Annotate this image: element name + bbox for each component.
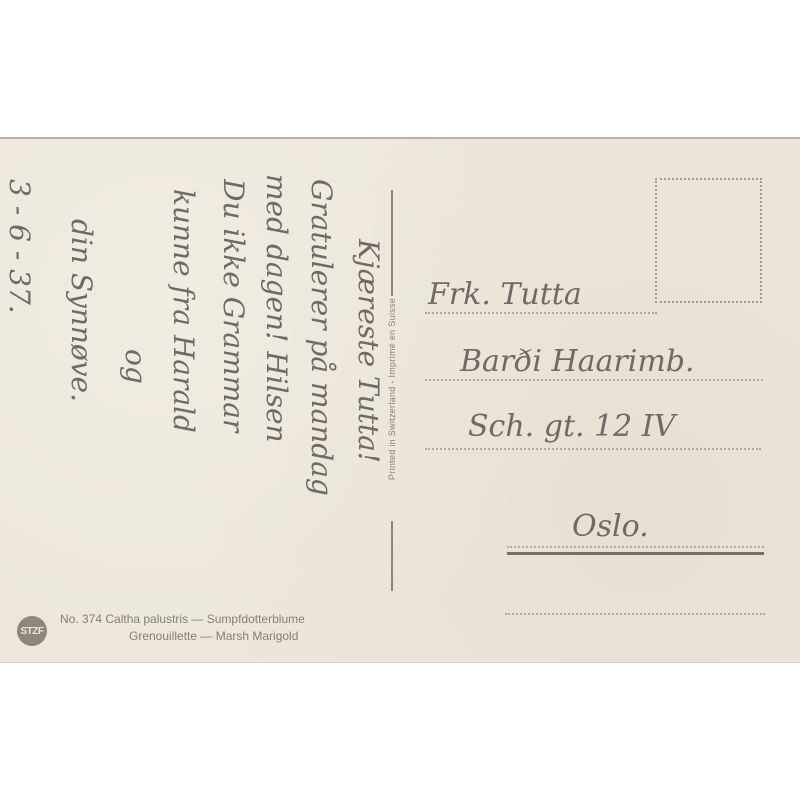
caption-line-2: Grenouillette — Marsh Marigold <box>129 629 298 643</box>
address-dotted-line-2 <box>425 379 763 381</box>
date-line: 3 - 6 - 37. <box>3 179 36 314</box>
message-line-6: og <box>119 349 152 384</box>
address-line-1: Frk. Tutta <box>428 277 582 312</box>
city-underline <box>507 552 764 555</box>
address-line-4: Oslo. <box>572 509 649 544</box>
message-line-2: Gratulerer på mandag <box>305 179 338 496</box>
divider-bottom <box>391 521 393 591</box>
message-line-1: Kjæreste Tutta! <box>352 239 385 463</box>
address-dotted-line-5 <box>505 613 765 615</box>
message-line-7: din Synnøve. <box>65 219 98 402</box>
address-line-3: Sch. gt. 12 IV <box>468 409 675 444</box>
address-dotted-line-3 <box>425 448 761 450</box>
publisher-logo: STZF <box>17 616 47 646</box>
postcard: Kjæreste Tutta! Gratulerer på mandag med… <box>0 137 800 663</box>
stamp-box <box>655 178 762 303</box>
printed-in-label: Printed in Switzerland - Imprimé en Suis… <box>387 298 397 480</box>
caption-line-1: No. 374 Caltha palustris — Sumpfdotterbl… <box>60 612 305 626</box>
message-line-4: Du ikke Grammar <box>217 179 250 432</box>
message-line-3: med dagen! Hilsen <box>260 174 293 443</box>
address-dotted-line-1 <box>425 312 657 314</box>
divider-top <box>391 190 393 296</box>
message-line-5: kunne fra Harald <box>167 189 200 433</box>
address-line-2: Barði Haarimb. <box>460 344 695 379</box>
address-dotted-line-4 <box>507 546 764 548</box>
